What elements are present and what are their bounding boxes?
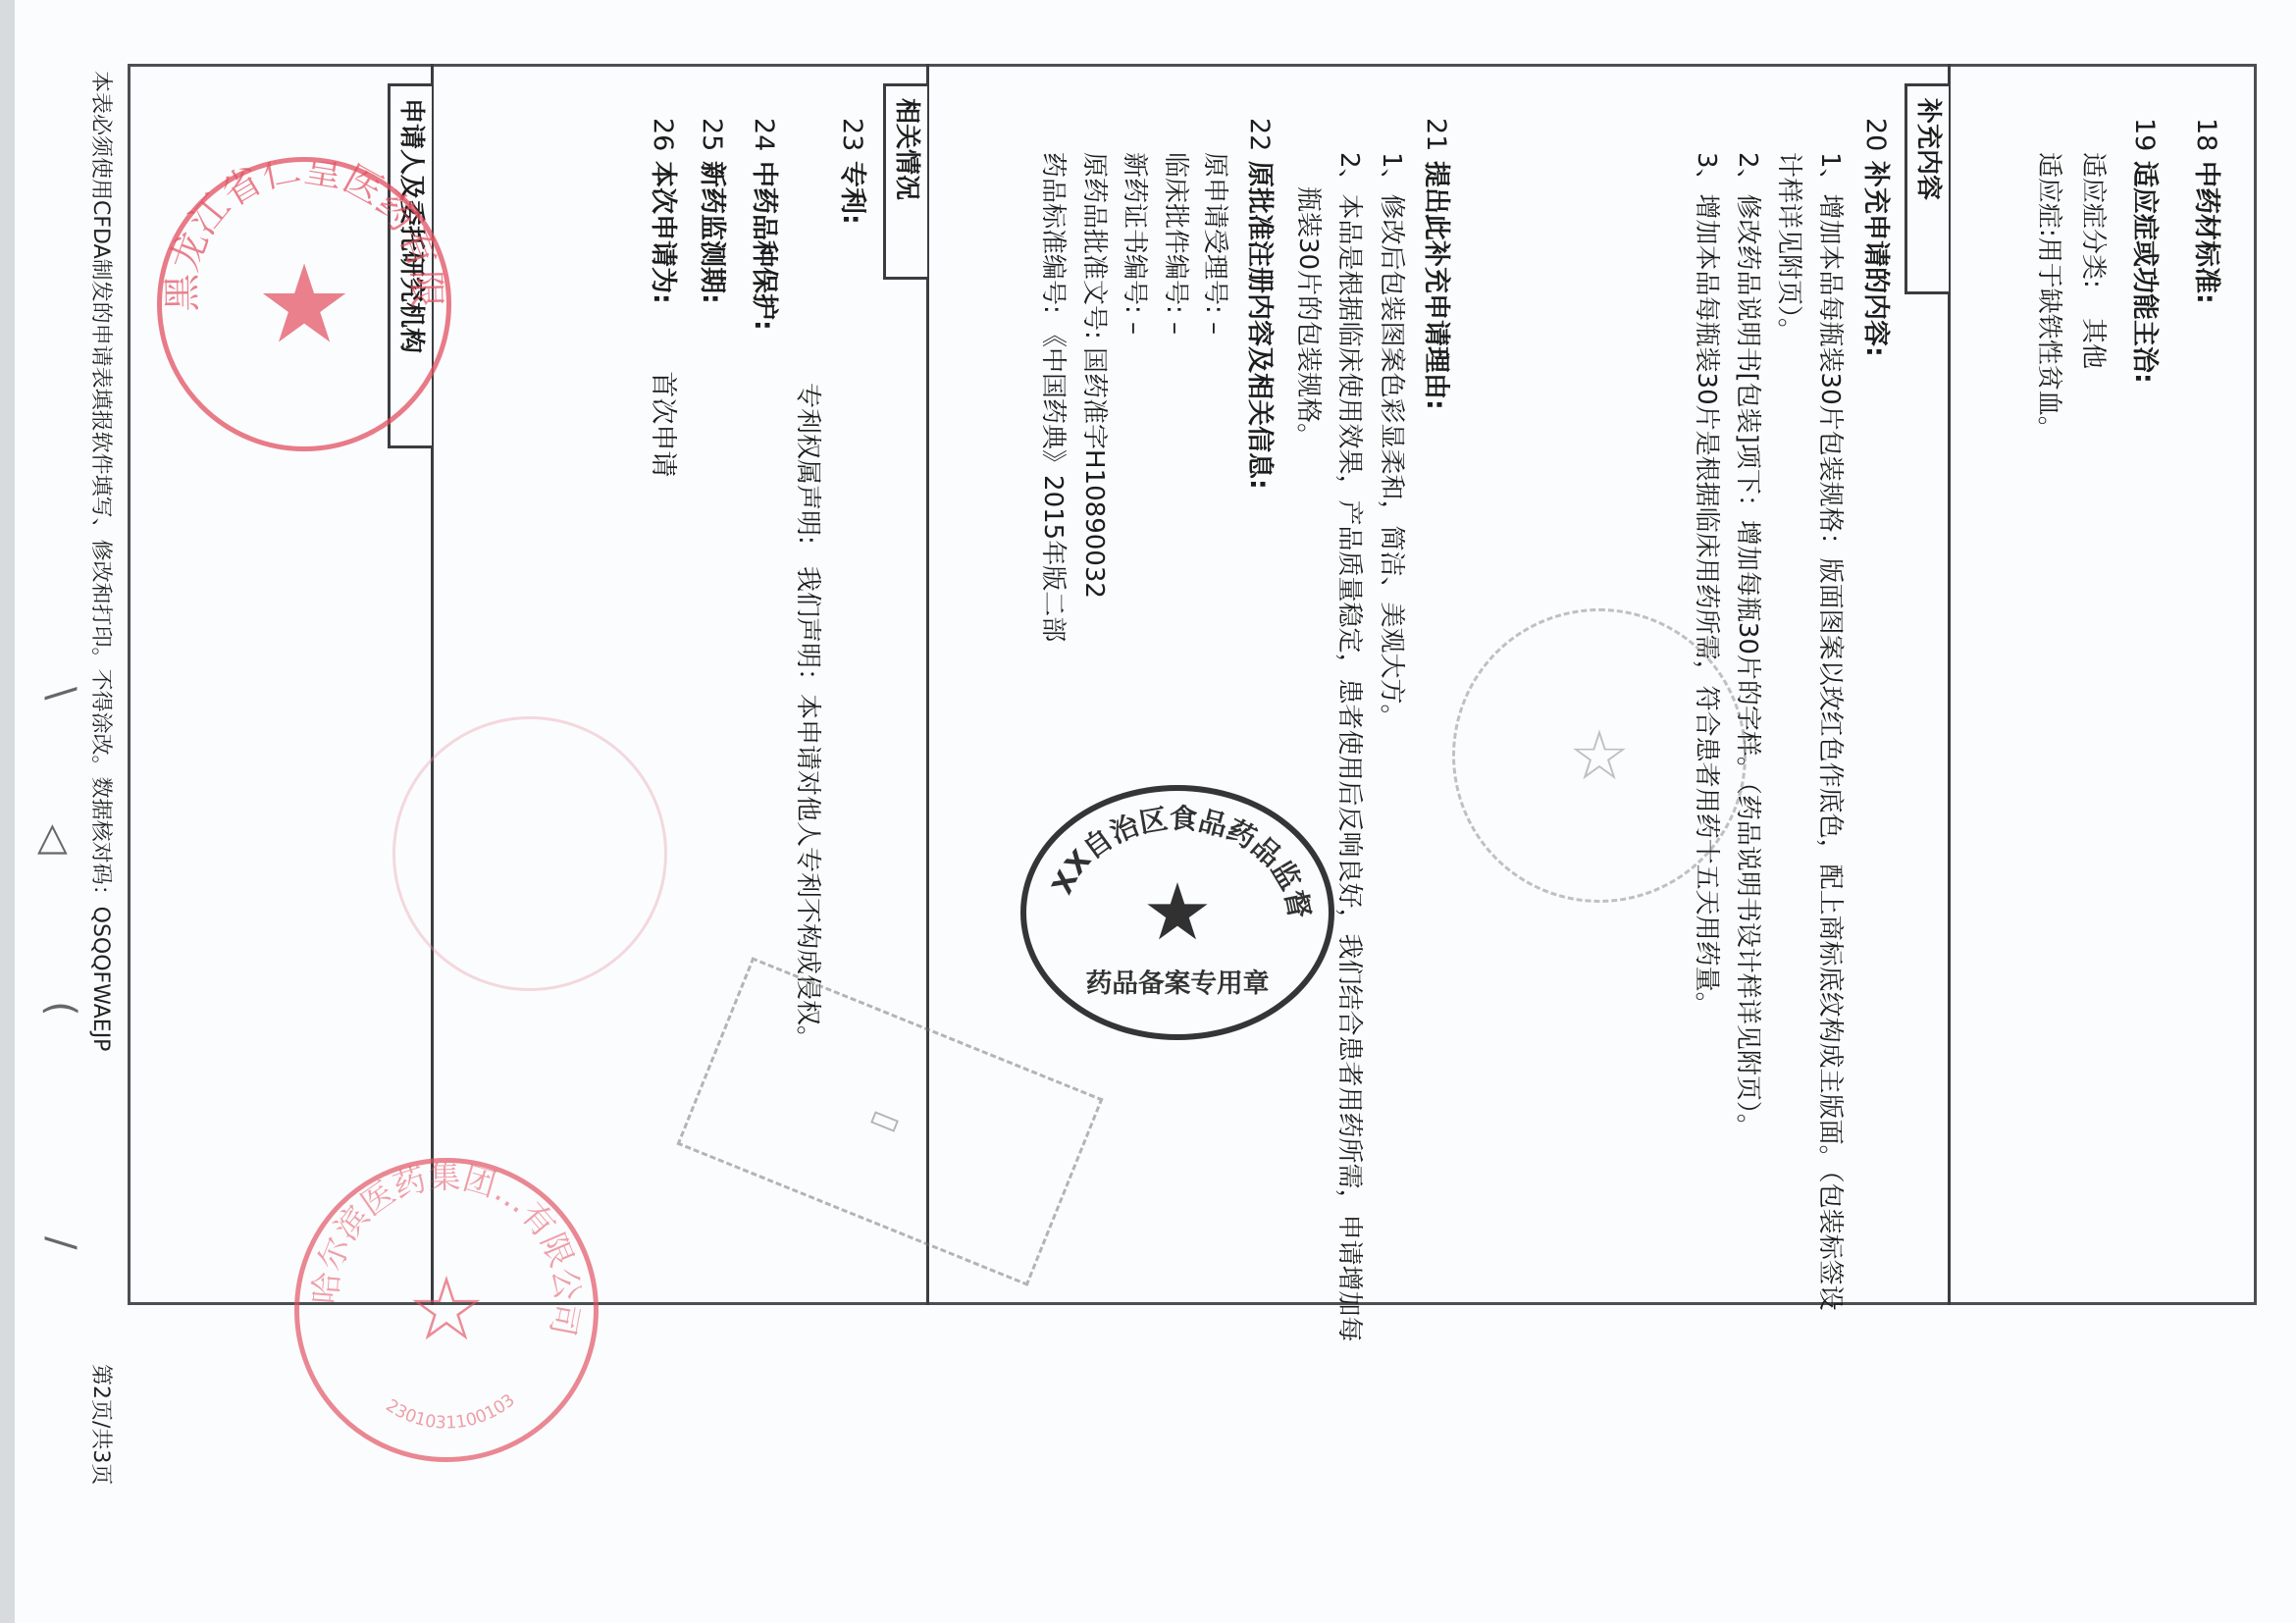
second-red-seal: ☆ 哈尔滨医药集团…有限公司 2301031100103 — [294, 1158, 599, 1462]
item-20-line-3: 2、修改药品说明书[包装]项下：增加每瓶30片的字样。（药品说明书设计样详见附页… — [1731, 152, 1764, 1139]
svg-text:药品备案专用章: 药品备案专用章 — [1086, 969, 1270, 999]
item-23: 23专利: — [835, 118, 868, 225]
item-20-line-2: 计样详见附页）。 — [1772, 152, 1805, 343]
indication-text: 适应症:用于缺铁性贫血。 — [2032, 152, 2065, 442]
application-type-value: 首次申请 — [648, 371, 678, 477]
item-25: 25新药监测期: — [695, 118, 728, 304]
page-number: 第2页/共3页 — [87, 1364, 118, 1485]
item-20-line-1: 1、增加本品每瓶装30片包装规格：版面图案以玫红色作底色，配上商标底纹构成主版面… — [1813, 152, 1847, 1311]
item-21: 21提出此补充申请理由: — [1419, 118, 1452, 410]
item-21-line-1: 1、修改后包装图案色彩显柔和，简洁、美观大方。 — [1375, 152, 1408, 730]
document-page: 18中药材标准: 19适应症或功能主治: 适应症分类: 其他 适应症:用于缺铁性… — [0, 0, 2296, 1623]
svg-text:XX自治区食品药品监督管理局: XX自治区食品药品监督管理局 — [1026, 791, 1317, 921]
footer-note: 本表必须使用CFDA制发的申请表填报软件填写、修改和打印。不得涂改。数据核对码：… — [87, 71, 118, 1051]
item-22: 22原批准注册内容及相关信息: — [1242, 118, 1276, 490]
company-red-seal: ★ 黑龙江省仁皇医药有限公司 — [157, 157, 451, 451]
seal-ring-text: 哈尔滨医药集团…有限公司 2301031100103 — [299, 1163, 594, 1457]
faint-pink-seal — [392, 716, 667, 991]
item-24: 24中药品种保护: — [747, 118, 780, 331]
svg-text:哈尔滨医药集团…有限公司: 哈尔滨医药集团…有限公司 — [306, 1163, 587, 1339]
item-21-line-2: 2、本品是根据临床使用效果，产品质量稳定，患者使用后反响良好，我们结合患者用药所… — [1332, 152, 1366, 1342]
svg-text:2301031100103: 2301031100103 — [382, 1390, 518, 1434]
original-acceptance-number: 原申请受理号: – — [1198, 152, 1231, 335]
original-approval-number: 原药品批准文号: 国药准字H10890032 — [1077, 152, 1111, 599]
item-19: 19适应症或功能主治: — [2127, 118, 2161, 384]
black-registration-seal: ★ XX自治区食品药品监督管理局 药品备案专用章 — [1020, 785, 1334, 1040]
drug-standard-number: 药品标准编号: 《中国药典》2015年版二部 — [1036, 152, 1070, 642]
item-26: 26本次申请为: 首次申请 — [646, 118, 679, 477]
section-tab-related: 相关情况 — [883, 83, 927, 280]
item-18: 18中药材标准: — [2189, 118, 2222, 304]
clinical-approval-number: 临床批件编号: – — [1159, 152, 1192, 335]
seal-ring-text: 黑龙江省仁皇医药有限公司 — [162, 162, 446, 446]
new-drug-certificate-number: 新药证书编号: – — [1118, 152, 1151, 335]
section-tab-supplement: 补充内容 — [1905, 83, 1949, 294]
item-20: 20补充申请的内容: — [1858, 118, 1892, 357]
seal-ring-text: XX自治区食品药品监督管理局 药品备案专用章 — [1026, 791, 1329, 1034]
svg-text:黑龙江省仁皇医药有限公司: 黑龙江省仁皇医药有限公司 — [162, 162, 446, 312]
scan-edge — [0, 0, 15, 1623]
faint-gray-seal: ☆ — [1452, 608, 1747, 903]
indication-category: 适应症分类: 其他 — [2076, 152, 2110, 369]
patent-statement: 专利权属声明: 我们声明：本申请对他人专利不构成侵权。 — [791, 383, 824, 1051]
item-20-line-4: 3、增加本品每瓶装30片是根据临床用药所需，符合患者用药十五天用药量。 — [1690, 152, 1723, 1018]
star-icon: ☆ — [1569, 721, 1631, 790]
item-21-line-3: 瓶装30片的包装规格。 — [1291, 186, 1325, 448]
next-page-edge-marks: \ ◁ ( / — [15, 687, 83, 1472]
